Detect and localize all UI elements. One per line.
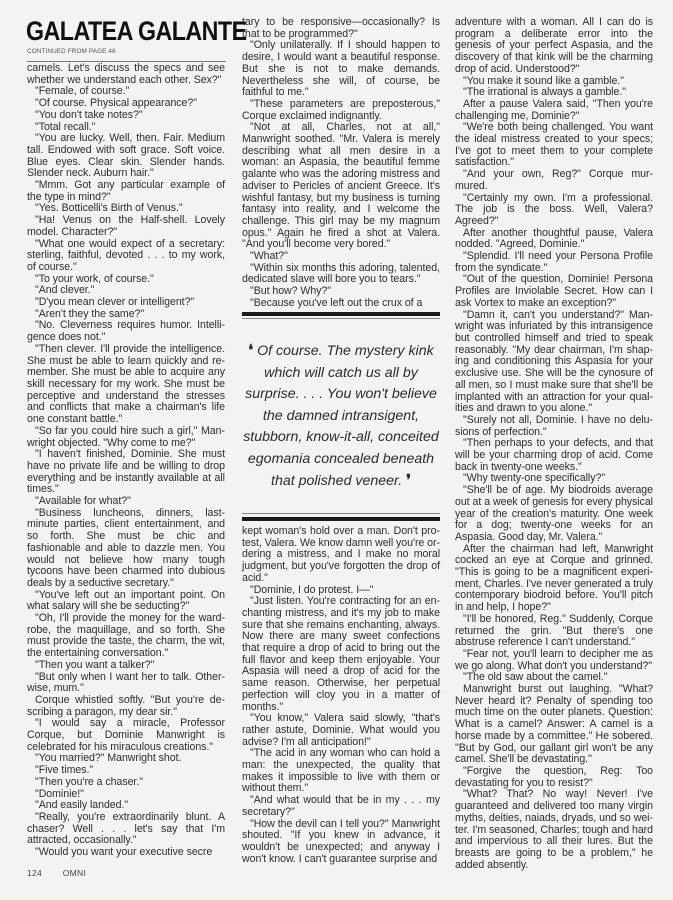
paragraph: "Fear not, you'll learn to decipher me a…: [455, 649, 653, 672]
paragraph: "Not at all, Charles, not at all," Manwr…: [242, 122, 440, 251]
paragraph: "How the devil can I tell you?" Manwrigh…: [242, 819, 440, 866]
paragraph: "Then you want a talker?": [27, 660, 225, 672]
paragraph: "I would say a miracle, Professor Corque…: [27, 718, 225, 753]
paragraph: "Damn it, can't you understand?" Man­wri…: [455, 310, 653, 415]
paragraph: Manwright burst out laughing. "What? Nev…: [455, 684, 653, 766]
paragraph: "What one would expect of a secretary: s…: [27, 239, 225, 274]
text-column-2-top: tary to be responsive—occasionally? Is t…: [242, 17, 440, 310]
paragraph: "And your own, Reg?" Corque mur­mured.: [455, 169, 653, 192]
paragraph: "These parameters are preposterous," Cor…: [242, 99, 440, 122]
paragraph: "You don't take notes?": [27, 110, 225, 122]
paragraph: "Certainly my own. I'm a professional. T…: [455, 193, 653, 228]
paragraph: "Really, you're extraordinarily blunt. A…: [27, 812, 225, 847]
paragraph: After a pause Valera said, "Then you're …: [455, 99, 653, 122]
paragraph: After another thoughtful pause, Valera n…: [455, 228, 653, 251]
pull-quote: ❛ Of course. The mystery kink which will…: [242, 340, 440, 493]
paragraph: "Forgive the question, Reg: Too devastat…: [455, 766, 653, 789]
paragraph: "Then clever. I'll provide the intellige…: [27, 344, 225, 426]
text-column-1: camels. Let's discuss the specs and see …: [27, 63, 225, 859]
paragraph: "Business luncheons, dinners, last-minut…: [27, 508, 225, 590]
paragraph: camels. Let's discuss the specs and see …: [27, 63, 225, 86]
paragraph: Corque whistled softly. "But you're de­s…: [27, 695, 225, 718]
paragraph: "Oh, I'll provide the money for the ward…: [27, 613, 225, 660]
paragraph: "Ha! Venus on the Half-shell. Lovely mod…: [27, 215, 225, 238]
paragraph: "What?": [242, 251, 440, 263]
open-quote-icon: ❛: [248, 342, 253, 359]
article-title: GALATEA GALANTE: [26, 16, 247, 46]
paragraph: "Splendid. I'll need your Persona Profil…: [455, 251, 653, 274]
paragraph: tary to be responsive—occasionally? Is t…: [242, 17, 440, 40]
pullquote-bottom-rule-thin: [242, 513, 440, 514]
paragraph: "But only when I want her to talk. Other…: [27, 672, 225, 695]
paragraph: "So far you could hire such a girl," Man…: [27, 426, 225, 449]
page-number: 124: [27, 868, 42, 878]
paragraph: "Because you've left out the crux of a: [242, 298, 440, 310]
paragraph: "Then perhaps to your defects, and that …: [455, 438, 653, 473]
paragraph: "She'll be of age. My biodroids average …: [455, 485, 653, 544]
paragraph: "Surely not all, Dominie. I have no delu…: [455, 415, 653, 438]
paragraph: "Available for what?": [27, 496, 225, 508]
text-column-2-bottom: kept woman's hold over a man. Don't pro­…: [242, 526, 440, 865]
text-column-3: adventure with a woman. All I can do is …: [455, 17, 653, 871]
paragraph: "Would you want your executive secre­: [27, 847, 225, 859]
page-footer: 124 OMNI: [27, 868, 86, 878]
pullquote-top-rule-thin: [242, 318, 440, 319]
paragraph: "You know," Valera said slowly, "that's …: [242, 713, 440, 748]
paragraph: "The acid in any woman who can hold a ma…: [242, 748, 440, 795]
paragraph: After the chairman had left, Manwright c…: [455, 544, 653, 614]
paragraph: "You are lucky. Well, then. Fair. Medium…: [27, 133, 225, 180]
paragraph: "D'you mean clever or intelligent?": [27, 297, 225, 309]
paragraph: "And what would that be in my . . . my s…: [242, 795, 440, 818]
continued-from-label: CONTINUED FROM PAGE 46: [27, 48, 116, 55]
paragraph: "I haven't finished, Dominie. She must h…: [27, 449, 225, 496]
paragraph: "Only unilaterally. If I should happen t…: [242, 40, 440, 99]
paragraph: "Mmm. Got any particular example of the …: [27, 180, 225, 203]
paragraph: "Then you're a chaser.": [27, 777, 225, 789]
paragraph: "You've left out an important point. On …: [27, 590, 225, 613]
magazine-page: GALATEA GALANTE CONTINUED FROM PAGE 46 c…: [0, 0, 673, 900]
paragraph: "I'll be honored, Reg." Suddenly, Corque…: [455, 614, 653, 649]
paragraph: kept woman's hold over a man. Don't pro­…: [242, 526, 440, 585]
pullquote-top-rule: [242, 312, 440, 316]
pull-quote-text: Of course. The mystery kink which will c…: [243, 343, 439, 489]
magazine-name: OMNI: [63, 868, 86, 878]
close-quote-icon: ❜: [406, 472, 411, 489]
paragraph: "No. Cleverness requires humor. Intelli­…: [27, 320, 225, 343]
paragraph: "What? That? No way! Never! I've guarant…: [455, 789, 653, 871]
paragraph: "Just listen. You're contracting for an …: [242, 596, 440, 713]
paragraph: "Within six months this adoring, talente…: [242, 263, 440, 286]
paragraph: adventure with a woman. All I can do is …: [455, 17, 653, 76]
paragraph: "We're both being challenged. You want t…: [455, 122, 653, 169]
pullquote-bottom-rule: [242, 517, 440, 521]
paragraph: "Out of the question, Dominie! Persona P…: [455, 274, 653, 309]
